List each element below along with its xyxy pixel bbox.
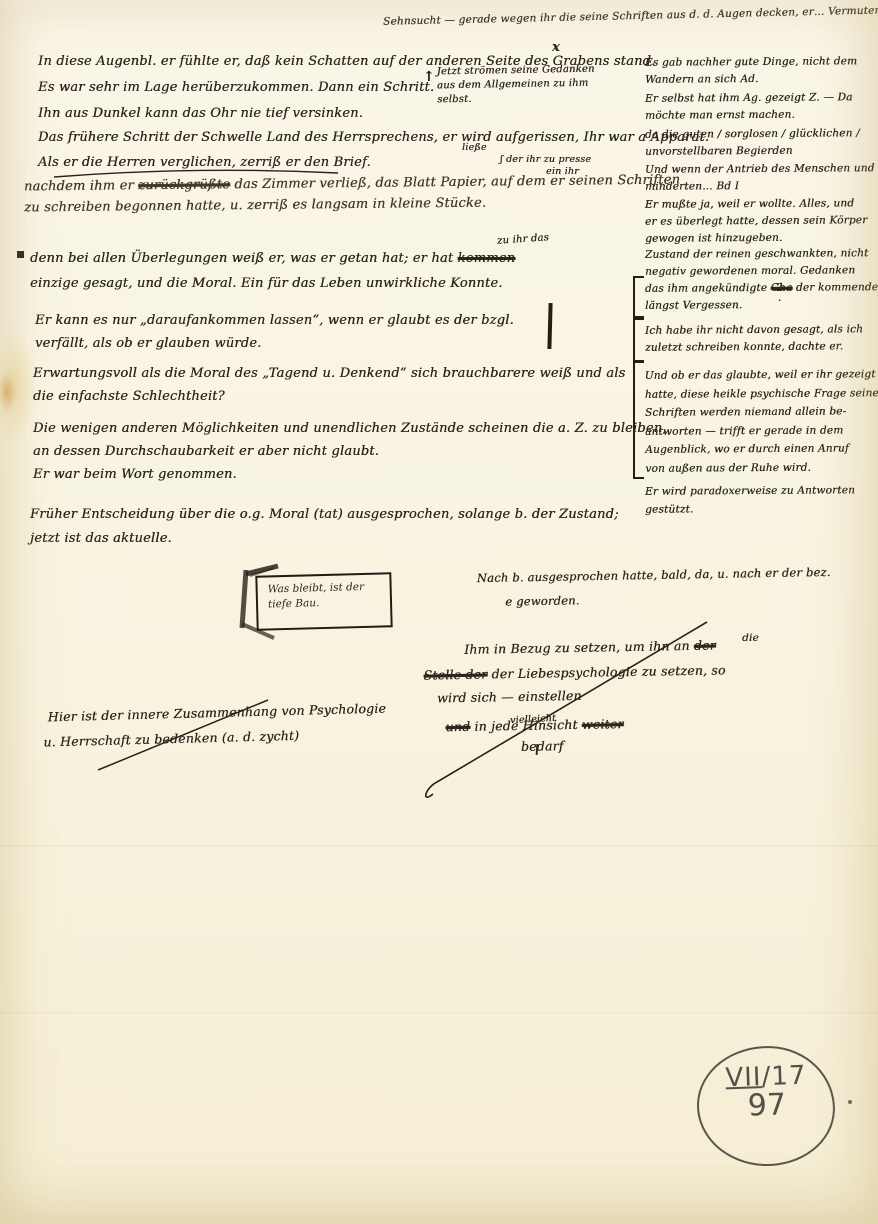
handwriting-line: ʃ der ihr zu presse xyxy=(500,154,591,166)
margin-bracket xyxy=(633,276,644,318)
paragraph-11: Früher Entscheidung über die o.g. Moral … xyxy=(30,503,619,551)
paragraph-7: denn bei allen Überlegungen weiß er, was… xyxy=(30,246,515,296)
manuscript-page: Sehnsucht — gerade wegen ihr die seine S… xyxy=(0,0,878,1224)
handwriting-line: Zustand der reinen geschwankten, nicht xyxy=(645,245,869,264)
paragraph-5: Als er die Herren verglichen, zerriß er … xyxy=(38,155,371,170)
boxed-note-text: Was bleibt, ist dertiefe Bau. xyxy=(267,579,390,612)
insertion-x-mark: x xyxy=(552,40,560,55)
pencil-dot xyxy=(848,1100,852,1104)
right-margin-note-3: da die guten / sorglosen / glücklichen /… xyxy=(645,125,860,160)
inserted-marginal-note: Jetzt strömen seine Gedankenaus dem Allg… xyxy=(437,63,596,108)
handwriting-line: von außen aus der Ruhe wird. xyxy=(645,458,878,478)
handwriting-line: Die wenigen anderen Möglichkeiten und un… xyxy=(33,417,667,440)
handwriting-line: einzige gesagt, und die Moral. Ein für d… xyxy=(30,271,515,296)
handwriting-line: das ihm angekündigte Cha der kommende xyxy=(645,279,878,298)
paragraph-2: Es war sehr im Lage herüberzukommen. Dan… xyxy=(38,80,434,95)
handwriting-line: jetzt ist das aktuelle. xyxy=(30,527,619,551)
stamp-page-number: 97 xyxy=(699,1086,834,1126)
handwriting-line: Er selbst hat ihm Ag. gezeigt Z. — Da xyxy=(645,89,853,107)
right-margin-note-2: Er selbst hat ihm Ag. gezeigt Z. — Damöc… xyxy=(645,89,853,124)
handwriting-line: Er mußte ja, weil er wollte. Alles, und xyxy=(645,195,867,214)
handwriting-line: Stelle der der Liebespsychologie zu setz… xyxy=(423,662,725,682)
square-bullet-mark xyxy=(17,251,24,258)
handwriting-line: Wandern an sich Ad. xyxy=(645,70,857,88)
superscript-insertion: zu ihr das xyxy=(497,232,550,247)
handwriting-line: tiefe Bau. xyxy=(268,594,390,612)
handwriting-line: . xyxy=(776,293,783,303)
right-margin-note-10: Er wird paradoxerweise zu Antwortengestü… xyxy=(645,481,855,518)
handwriting-line: die einfachste Schlechtheit? xyxy=(33,385,625,408)
handwriting-line: Augenblick, wo er durch einen Anruf xyxy=(645,439,878,459)
handwriting-line: Schriften werden niemand allein be- xyxy=(645,402,878,422)
crossed-out-passage-right: Ihm in Bezug zu setzen, um ihn an derSte… xyxy=(419,637,727,755)
right-margin-note-9: Und ob er das glaubte, weil er ihr gezei… xyxy=(645,365,878,478)
handwriting-line: Er wird paradoxerweise zu Antworten xyxy=(645,481,855,500)
handwriting-line: Er war beim Wort genommen. xyxy=(33,463,667,486)
handwriting-line: unvorstellbaren Begierden xyxy=(645,142,860,160)
handwriting-line: Erwartungsvoll als die Moral des „Tagend… xyxy=(33,362,625,385)
handwriting-line: an dessen Durchschaubarkeit er aber nich… xyxy=(33,440,667,463)
handwriting-line: längst Vergessen. xyxy=(645,296,878,315)
up-arrow-icon: ↑ xyxy=(423,69,435,85)
handwriting-line: zuletzt schreiben konnte, dachte er. xyxy=(645,338,863,357)
handwriting-line: negativ gewordenen moral. Gedanken xyxy=(645,262,869,281)
archive-signature-text: VII/17 97 xyxy=(698,1060,834,1126)
handwriting-line: bedarf xyxy=(521,735,727,754)
paragraph-4: Das frühere Schritt der Schwelle Land de… xyxy=(38,130,709,145)
right-margin-note-6: Zustand der reinen geschwankten, nichtne… xyxy=(645,245,869,281)
note-number-2: 2. xyxy=(776,283,783,303)
handwriting-line: Und ob er das glaubte, weil er ihr gezei… xyxy=(645,365,878,385)
handwriting-line: Es gab nachher gute Dinge, nicht dem xyxy=(645,53,857,71)
handwriting-line: Sehnsucht — gerade wegen ihr die seine S… xyxy=(383,4,878,28)
handwriting-line: Es war sehr im Lage herüberzukommen. Dan… xyxy=(38,80,434,95)
fold-line xyxy=(0,845,878,847)
right-margin-note-8: Ich habe ihr nicht davon gesagt, als ich… xyxy=(645,321,863,357)
handwriting-line: Ihn aus Dunkel kann das Ohr nie tief ver… xyxy=(38,106,363,121)
handwriting-line: antworten — trifft er gerade in dem xyxy=(645,421,878,441)
margin-bracket xyxy=(633,318,644,362)
paragraph-8: Er kann es nur „daraufankommen lassen“, … xyxy=(35,309,514,355)
handwriting-line: denn bei allen Überlegungen weiß er, was… xyxy=(30,246,515,271)
paragraph-3: Ihn aus Dunkel kann das Ohr nie tief ver… xyxy=(38,106,363,121)
handwriting-line: Und wenn der Antrieb des Menschen und xyxy=(645,160,875,179)
archive-signature-stamp: VII/17 97 xyxy=(695,1044,837,1169)
handwriting-line: verfällt, als ob er glauben würde. xyxy=(35,332,514,355)
handwriting-line: e geworden. xyxy=(505,584,831,614)
handwriting-line: Ihm in Bezug zu setzen, um ihn an der xyxy=(464,637,725,657)
handwriting-line: er es überlegt hatte, dessen sein Körper xyxy=(645,212,867,231)
superscript-insertion: die xyxy=(742,632,759,644)
handwriting-line: gestützt. xyxy=(645,499,855,518)
paper-stain xyxy=(0,330,36,445)
crossed-out-passage-left: Hier ist der innere Zusammenhang von Psy… xyxy=(42,696,387,755)
middle-right-note: Nach b. ausgesprochen hatte, bald, da, u… xyxy=(477,560,832,614)
handwriting-line: Er kann es nur „daraufankommen lassen“, … xyxy=(35,309,514,332)
right-margin-note-5: Er mußte ja, weil er wollte. Alles, unde… xyxy=(645,195,868,248)
handwriting-line: selbst. xyxy=(437,91,595,108)
right-margin-note-4: Und wenn der Antrieb des Menschen undmin… xyxy=(645,160,875,196)
handwriting-line: wird sich — einstellen xyxy=(437,685,726,705)
handwriting-line: da die guten / sorglosen / glücklichen / xyxy=(645,125,860,143)
boxed-note: Was bleibt, ist dertiefe Bau. xyxy=(255,572,392,631)
paragraph-10: Die wenigen anderen Möglichkeiten und un… xyxy=(33,417,667,486)
paper-stain-orange xyxy=(0,372,16,412)
top-margin-annotation: Sehnsucht — gerade wegen ihr die seine S… xyxy=(383,4,878,28)
handwriting-line: minderten… Bd I xyxy=(645,177,875,196)
right-margin-note-1: Es gab nachher gute Dinge, nicht demWand… xyxy=(645,53,857,88)
handwriting-line: Als er die Herren verglichen, zerriß er … xyxy=(38,155,371,170)
handwriting-line: ließe xyxy=(462,142,591,154)
handwriting-line: möchte man ernst machen. xyxy=(645,106,853,124)
handwriting-line: aus dem Allgemeinen zu ihm xyxy=(437,77,595,94)
paragraph-9: Erwartungsvoll als die Moral des „Tagend… xyxy=(33,362,625,408)
handwriting-line: Ich habe ihr nicht davon gesagt, als ich xyxy=(645,321,863,340)
handwriting-line: Das frühere Schritt der Schwelle Land de… xyxy=(38,130,709,145)
paragraph-6: nachdem ihm er zurückgrüßte das Zimmer v… xyxy=(24,170,681,219)
handwriting-line: hatte, diese heikle psychische Frage sei… xyxy=(645,384,878,404)
handwriting-line: Früher Entscheidung über die o.g. Moral … xyxy=(30,503,619,527)
margin-emphasis-stroke xyxy=(547,303,552,349)
fold-line xyxy=(0,1012,878,1014)
handwriting-line: und in jede Hinsicht weiter xyxy=(445,714,726,734)
margin-bracket xyxy=(633,361,644,479)
right-margin-note-7: das ihm angekündigte Cha der kommendelän… xyxy=(645,279,878,315)
